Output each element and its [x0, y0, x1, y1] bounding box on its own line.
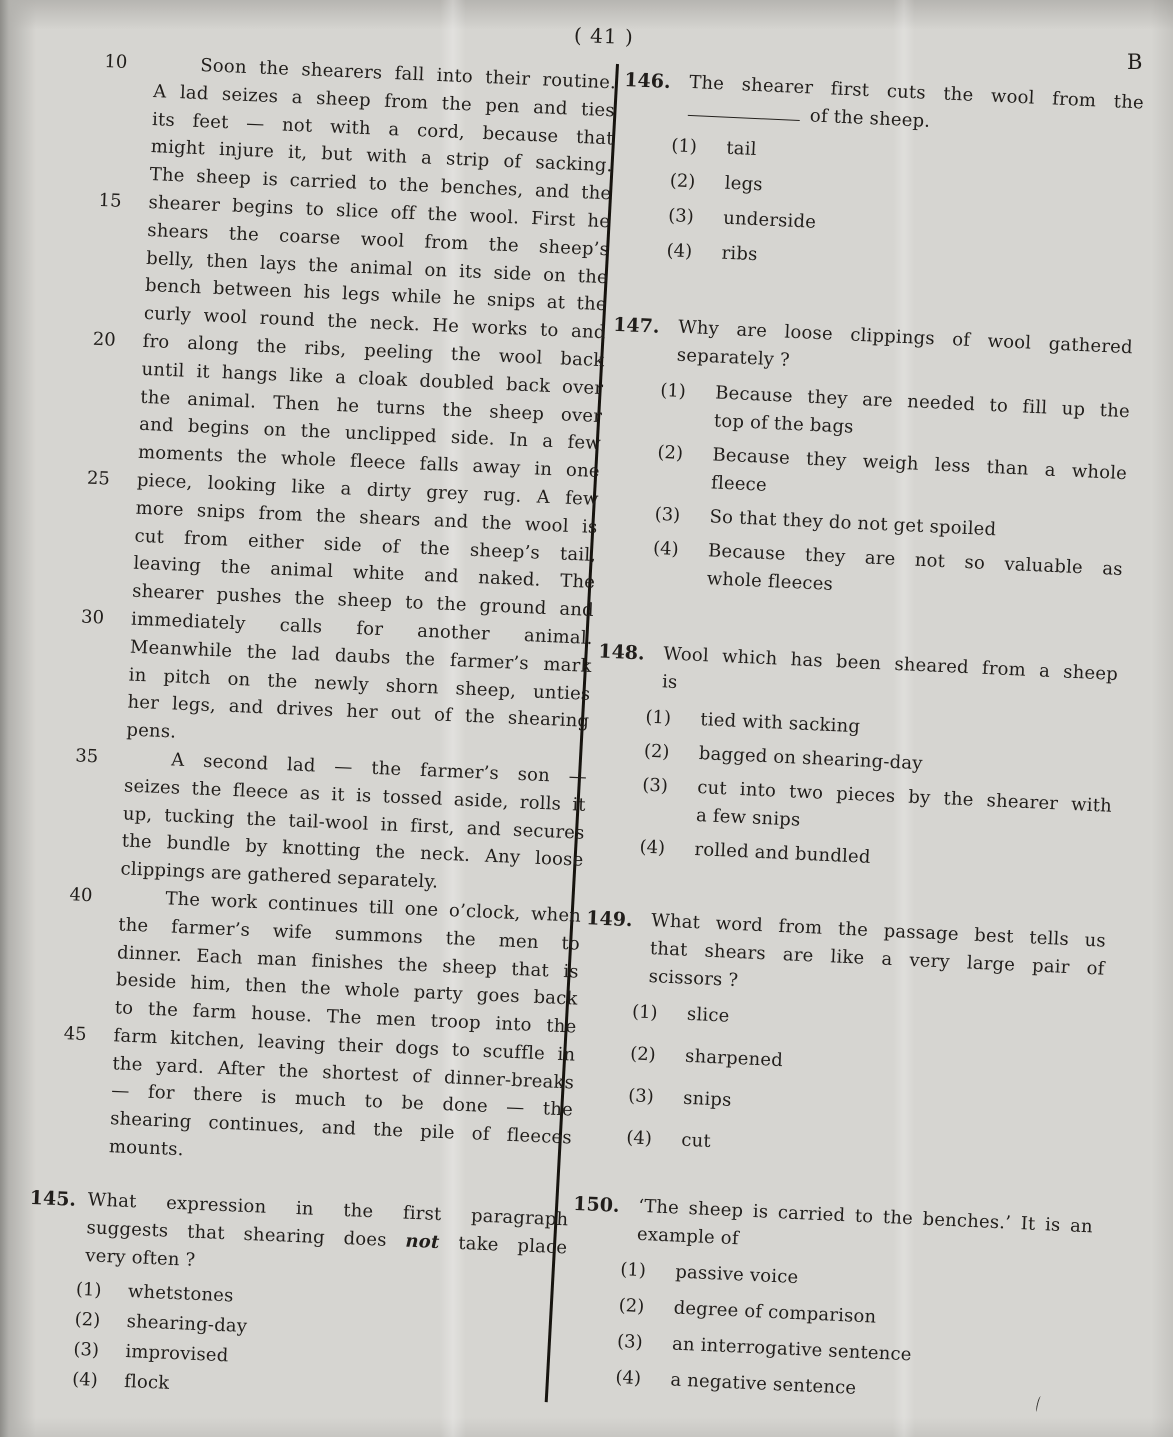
line-number [60, 1103, 111, 1133]
line-number [85, 492, 136, 522]
option-number: (2) [630, 1040, 686, 1070]
line-number [65, 964, 116, 994]
options-list: (1)Because they are needed to fill up th… [601, 375, 1130, 612]
line-number [95, 270, 146, 300]
line-number [79, 631, 130, 661]
question-text: What expression in the first paragraph s… [85, 1186, 569, 1290]
option-number: (1) [645, 704, 701, 734]
line-number [76, 715, 127, 745]
left-column: 10Soon the shearers fall into their rout… [49, 48, 617, 1416]
question-number: 150. [571, 1190, 638, 1249]
blank-line [688, 103, 800, 121]
line-number [102, 104, 153, 134]
option-number: (4) [626, 1124, 682, 1154]
options-list: (1)tail (2)legs (3)underside (4)ribs [616, 130, 1141, 286]
line-number: 40 [69, 881, 120, 911]
options-list: (1)passive voice (2)degree of comparison… [565, 1254, 1091, 1413]
option-number: (1) [620, 1256, 676, 1286]
question-149: 149. What word from the passage best tel… [576, 904, 1107, 1173]
option-number: (3) [616, 1328, 672, 1358]
line-number [89, 409, 140, 439]
option-number: (2) [618, 1292, 674, 1322]
line-number [77, 687, 128, 717]
option-number: (4) [72, 1366, 125, 1396]
line-number [64, 992, 115, 1022]
line-number: 35 [75, 742, 126, 772]
option-number: (4) [666, 237, 722, 267]
question-text: Wool which has been sheared from a sheep… [661, 640, 1118, 717]
line-number [78, 659, 129, 689]
option-number: (2) [643, 738, 699, 768]
options-list: (1)tied with sacking (2)bagged on sheari… [589, 701, 1116, 882]
question-146: 146. The shearer first cuts the wool fro… [616, 66, 1144, 286]
option-number: (3) [654, 501, 710, 531]
option-number: (3) [628, 1082, 684, 1112]
option-number: (1) [631, 998, 687, 1028]
option-row: (4)cut [626, 1124, 1097, 1173]
line-number: 45 [63, 1020, 114, 1050]
line-number [88, 437, 139, 467]
question-number: 146. [622, 66, 689, 125]
option-number: (4) [615, 1364, 671, 1394]
line-number: 20 [92, 326, 143, 356]
option-number: (2) [74, 1306, 127, 1336]
question-147: 147. Why are loose clippings of wool gat… [601, 311, 1133, 612]
line-number [58, 1131, 109, 1161]
option-number: (1) [671, 132, 727, 162]
line-number [91, 353, 142, 383]
emphasized-word: not [405, 1231, 440, 1253]
line-number [74, 770, 125, 800]
line-number: 25 [86, 465, 137, 495]
option-number: (1) [658, 377, 715, 435]
line-number [72, 798, 123, 828]
line-number [84, 520, 135, 550]
line-number [93, 298, 144, 328]
option-number: (1) [75, 1276, 128, 1306]
option-label: cut [681, 1127, 1097, 1174]
question-number: 148. [597, 637, 664, 696]
reading-passage: 10Soon the shearers fall into their rout… [58, 48, 616, 1180]
line-number [68, 909, 119, 939]
line-number [103, 76, 154, 106]
question-150: 150. ‘The sheep is carried to the benche… [565, 1190, 1094, 1413]
question-text: The shearer first cuts the wool from the… [687, 69, 1144, 146]
option-row: (2)sharpened [630, 1040, 1101, 1089]
option-number: (2) [656, 439, 713, 497]
question-text: ‘The sheep is carried to the benches.’ I… [636, 1193, 1093, 1270]
option-number: (3) [668, 202, 724, 232]
option-number: (4) [651, 535, 708, 593]
line-number: 15 [98, 187, 149, 217]
scanned-exam-page: ( 41 ) B 10Soon the shearers fall into t… [0, 0, 1173, 1437]
line-number [96, 242, 147, 272]
option-number: (2) [669, 167, 725, 197]
line-number [100, 131, 151, 161]
page-number: ( 41 ) [574, 23, 635, 49]
line-number [90, 381, 141, 411]
option-row: (3)snips [628, 1082, 1099, 1131]
line-number [71, 826, 122, 856]
line-number [99, 159, 150, 189]
line-number [62, 1048, 113, 1078]
question-number: 145. [27, 1184, 88, 1270]
line-number: 30 [81, 603, 132, 633]
question-number: 149. [583, 904, 652, 991]
line-number [97, 215, 148, 245]
right-column: 146. The shearer first cuts the wool fro… [565, 66, 1145, 1421]
option-number: (3) [640, 772, 697, 830]
question-145: 145. What expression in the first paragr… [22, 1184, 569, 1414]
question-number: 147. [611, 311, 678, 370]
line-number [82, 576, 133, 606]
option-label: Because they are not so valuable aswhole… [706, 537, 1123, 612]
line-number [61, 1076, 112, 1106]
question-text: What word from the passage best tells us… [648, 907, 1106, 1012]
booklet-code: B [1127, 50, 1142, 74]
option-label: Because they are needed to fill up theto… [713, 379, 1130, 454]
line-number [70, 853, 121, 883]
option-number: (3) [73, 1336, 126, 1366]
line-number [83, 548, 134, 578]
option-number: (4) [639, 833, 695, 863]
option-label: Because they weigh less than a wholeflee… [711, 441, 1128, 516]
line-number: 10 [104, 48, 155, 78]
option-label: cut into two pieces by the shearer witha… [695, 774, 1112, 849]
options-list: (1)whetstones (2)shearing-day (3)improvi… [22, 1274, 565, 1414]
option-label: sharpened [684, 1043, 1100, 1090]
line-number [67, 937, 118, 967]
option-label: snips [683, 1085, 1099, 1132]
question-148: 148. Wool which has been sheared from a … [589, 637, 1119, 882]
options-list: (1)slice (2)sharpened (3)snips (4)cut [576, 996, 1102, 1173]
question-text: Why are loose clippings of wool gathered… [676, 314, 1133, 391]
